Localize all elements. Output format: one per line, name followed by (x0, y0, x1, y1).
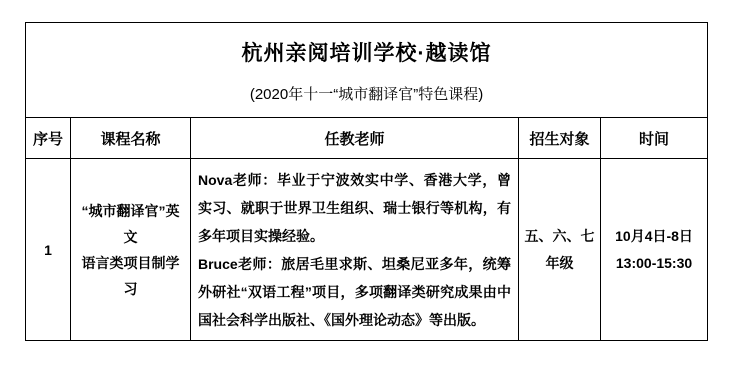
title-row: 杭州亲阅培训学校·越读馆 (2020年十一“城市翻译官”特色课程) (26, 23, 708, 118)
time-hours: 13:00-15:30 (601, 250, 707, 277)
col-header-time: 时间 (601, 118, 708, 159)
table-header-row: 序号 课程名称 任教老师 招生对象 时间 (26, 118, 708, 159)
col-header-audience: 招生对象 (519, 118, 601, 159)
audience-cell: 五、六、七 年级 (519, 159, 601, 341)
teacher-bio-bruce: Bruce老师：旅居毛里求斯、坦桑尼亚多年，统筹外研社“双语工程”项目，多项翻译… (198, 250, 511, 334)
title-cell: 杭州亲阅培训学校·越读馆 (2020年十一“城市翻译官”特色课程) (26, 23, 708, 118)
col-header-index: 序号 (26, 118, 71, 159)
page-title: 杭州亲阅培训学校·越读馆 (26, 37, 707, 67)
col-header-course-name: 课程名称 (71, 118, 191, 159)
col-header-teachers: 任教老师 (191, 118, 519, 159)
time-cell: 10月4日-8日 13:00-15:30 (601, 159, 708, 341)
page-subtitle: (2020年十一“城市翻译官”特色课程) (26, 83, 707, 104)
teacher-bio-nova: Nova老师：毕业于宁波效实中学、香港大学，曾实习、就职于世界卫生组织、瑞士银行… (198, 166, 511, 250)
course-name-line1: “城市翻译官”英文 (75, 198, 186, 250)
audience-line2: 年级 (521, 250, 598, 277)
teachers-cell: Nova老师：毕业于宁波效实中学、香港大学，曾实习、就职于世界卫生组织、瑞士银行… (191, 159, 519, 341)
table-row: 1 “城市翻译官”英文 语言类项目制学习 Nova老师：毕业于宁波效实中学、香港… (26, 159, 708, 341)
time-date: 10月4日-8日 (601, 223, 707, 250)
course-name-cell: “城市翻译官”英文 语言类项目制学习 (71, 159, 191, 341)
course-name-line2: 语言类项目制学习 (75, 250, 186, 302)
page: 杭州亲阅培训学校·越读馆 (2020年十一“城市翻译官”特色课程) 序号 课程名… (0, 0, 732, 368)
course-schedule-table: 杭州亲阅培训学校·越读馆 (2020年十一“城市翻译官”特色课程) 序号 课程名… (25, 22, 708, 341)
row-index: 1 (26, 159, 71, 341)
audience-line1: 五、六、七 (521, 223, 598, 250)
